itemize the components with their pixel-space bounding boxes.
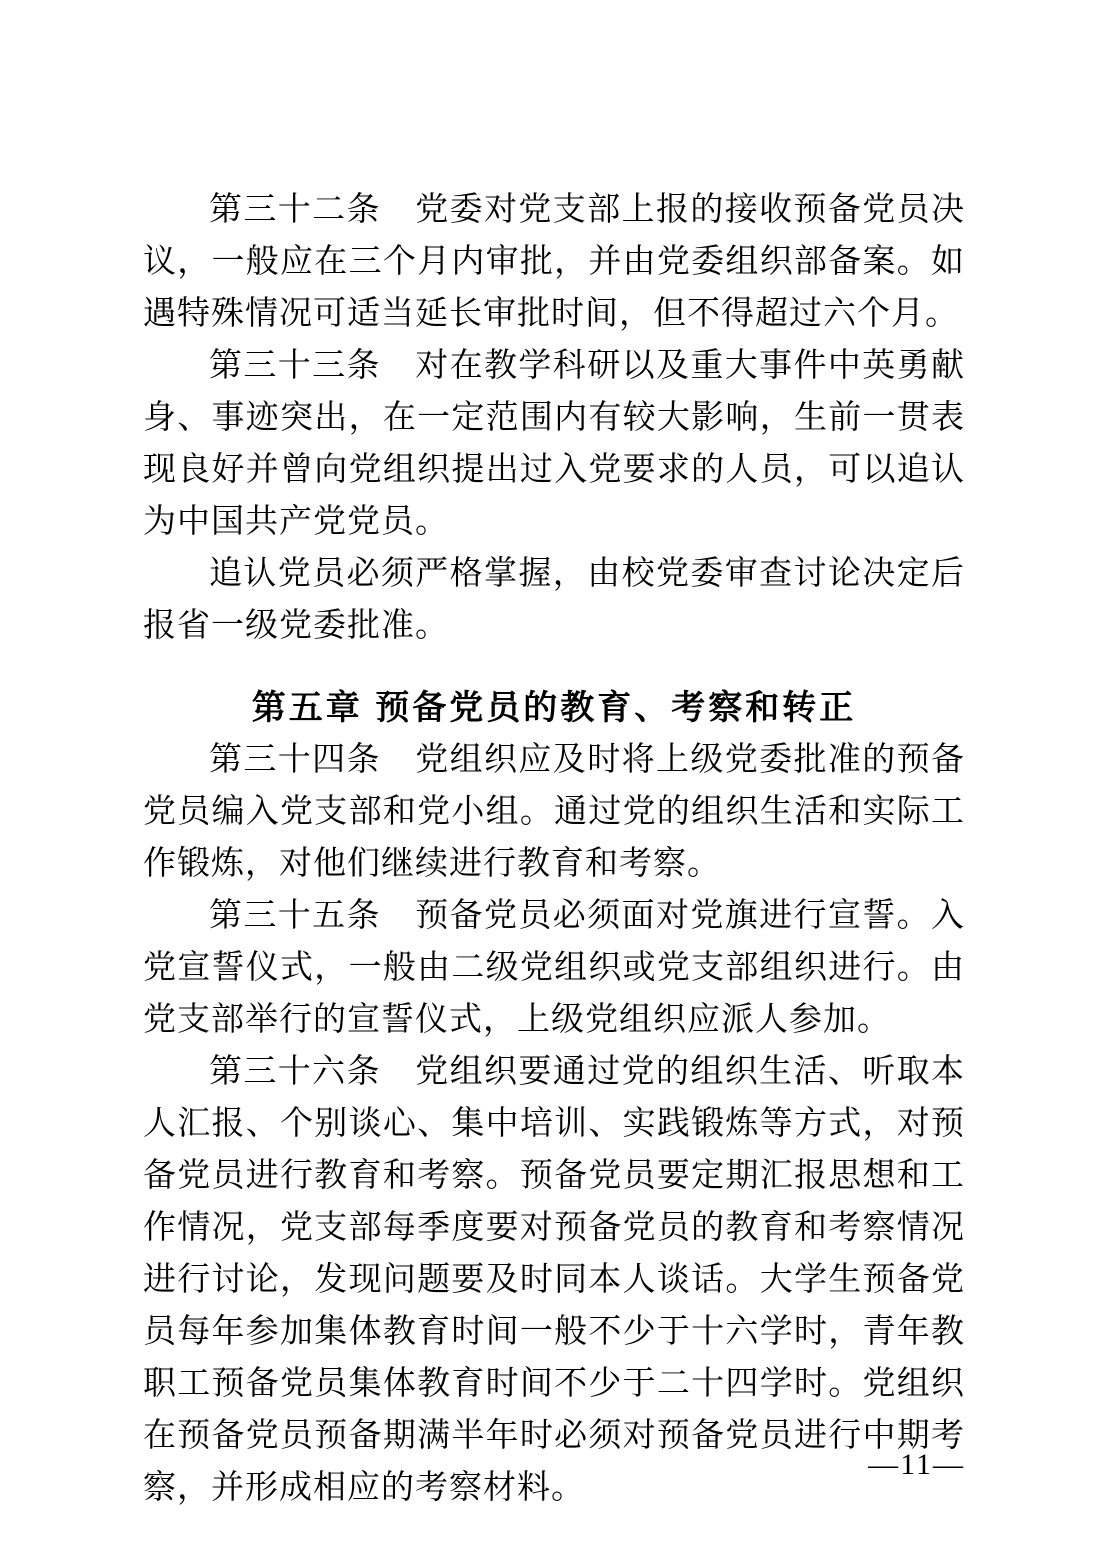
document-body: 第三十二条 党委对党支部上报的接收预备党员决议，一般应在三个月内审批，并由党委组… (143, 184, 965, 1514)
paragraph-article-36: 第三十六条 党组织要通过党的组织生活、听取本人汇报、个别谈心、集中培训、实践锻炼… (143, 1046, 965, 1514)
chapter-5-heading: 第五章 预备党员的教育、考察和转正 (143, 682, 965, 734)
paragraph-article-34: 第三十四条 党组织应及时将上级党委批准的预备党员编入党支部和党小组。通过党的组织… (143, 734, 965, 890)
paragraph-article-32: 第三十二条 党委对党支部上报的接收预备党员决议，一般应在三个月内审批，并由党委组… (143, 184, 965, 340)
page-number: —11— (868, 1448, 965, 1482)
document-page: 第三十二条 党委对党支部上报的接收预备党员决议，一般应在三个月内审批，并由党委组… (0, 0, 1102, 1559)
paragraph-article-35: 第三十五条 预备党员必须面对党旗进行宣誓。入党宣誓仪式，一般由二级党组织或党支部… (143, 890, 965, 1046)
paragraph-article-33: 第三十三条 对在教学科研以及重大事件中英勇献身、事迹突出，在一定范围内有较大影响… (143, 340, 965, 548)
paragraph-article-33-continuation: 追认党员必须严格掌握，由校党委审查讨论决定后报省一级党委批准。 (143, 548, 965, 652)
